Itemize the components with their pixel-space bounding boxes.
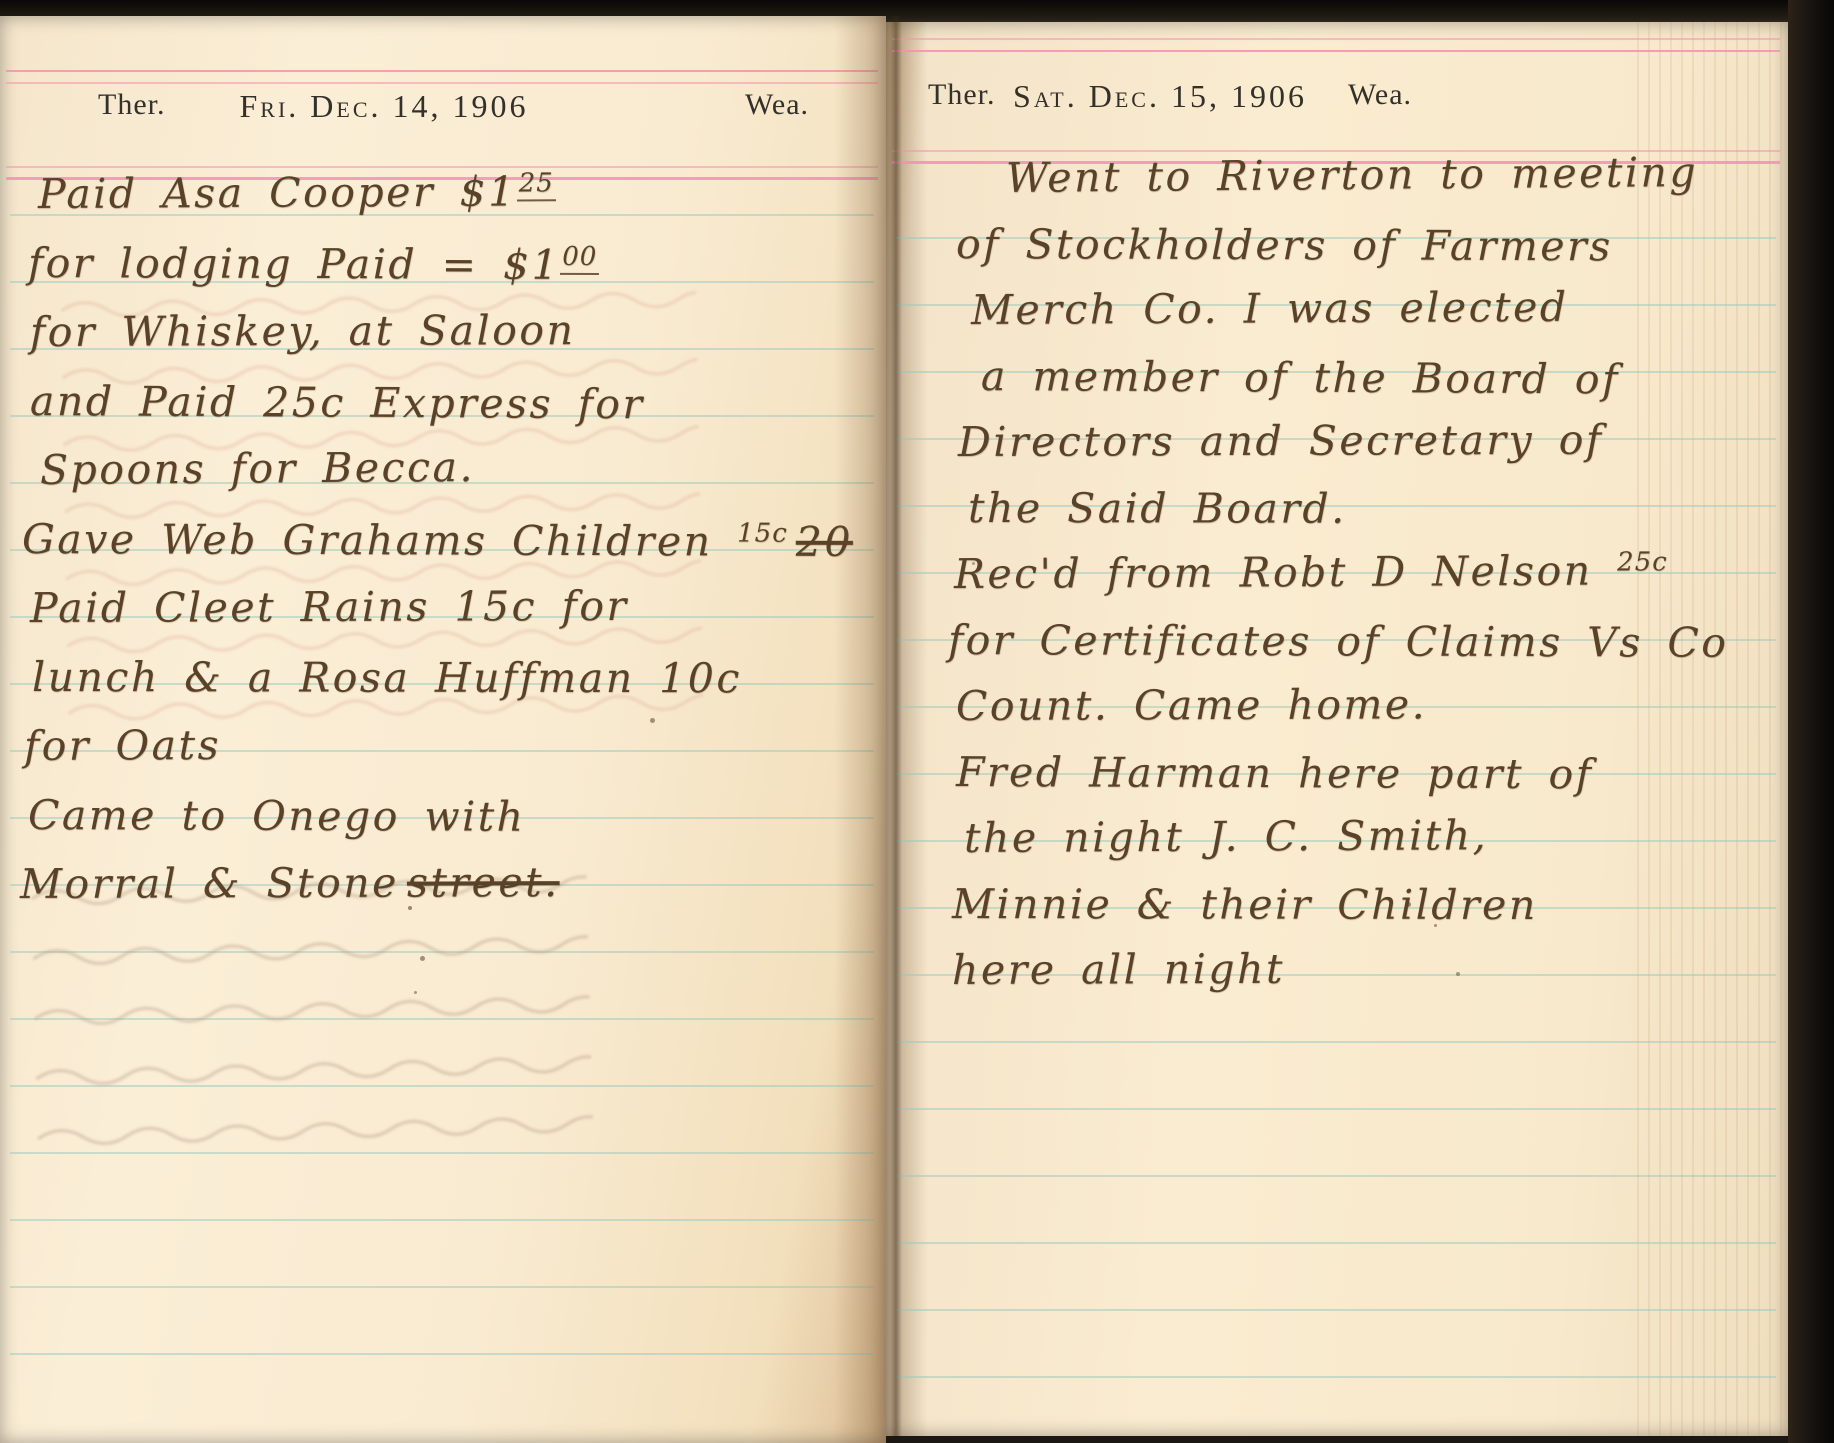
- pink-rule: [6, 70, 878, 72]
- handwriting-segment: Rec'd from Robt D Nelson: [954, 547, 1617, 598]
- wea-label: Wea.: [1348, 78, 1412, 112]
- handwriting-segment: Came to Onego with: [28, 791, 526, 841]
- handwritten-line: Minnie & their Children: [952, 880, 1538, 929]
- handwriting-segment: Paid Asa Cooper $1: [38, 167, 517, 218]
- handwritten-line: Merch Co. I was elected: [971, 283, 1569, 334]
- handwritten-line: of Stockholders of Farmers: [956, 220, 1613, 270]
- printed-page-header: Ther. Fri. Dec. 14, 1906 Wea.: [0, 88, 886, 130]
- ink-speck: [414, 991, 417, 994]
- handwriting-segment: and Paid 25c Express for: [30, 377, 645, 428]
- handwriting-segment: for Certificates of Claims Vs Co: [948, 616, 1729, 667]
- ink-speck: [1456, 972, 1460, 976]
- handwriting-segment: 20: [796, 518, 853, 566]
- handwriting-segment: Gave Web Grahams Children: [22, 515, 737, 565]
- diary-page-left: Ther. Fri. Dec. 14, 1906 Wea. Paid Asa C…: [0, 16, 886, 1443]
- ink-speck: [408, 906, 412, 910]
- book-binding-right-edge: [1788, 0, 1834, 1443]
- ink-speck: [1406, 902, 1411, 907]
- handwritten-line: for Whiskey, at Saloon: [30, 306, 576, 356]
- handwriting-segment: 15c: [737, 518, 788, 548]
- handwritten-line: Fred Harman here part of: [956, 748, 1594, 798]
- handwriting-segment: Minnie & their Children: [952, 880, 1538, 929]
- handwritten-line: the Said Board.: [968, 484, 1347, 533]
- handwritten-line: Rec'd from Robt D Nelson 25c: [954, 546, 1668, 598]
- handwriting-segment: Paid Cleet Rains 15c for: [30, 582, 629, 632]
- handwritten-line: Paid Cleet Rains 15c for: [30, 582, 629, 632]
- handwritten-line: for lodging Paid = $100: [28, 239, 599, 289]
- ink-speck: [1434, 924, 1437, 927]
- handwritten-line: for Oats: [24, 721, 221, 770]
- handwriting-segment: for Oats: [24, 721, 221, 770]
- diary-page-right: Ther. Sat. Dec. 15, 1906 Wea. Went to Ri…: [886, 22, 1788, 1436]
- handwriting-segment: 00: [560, 242, 599, 275]
- handwriting-segment: of Stockholders of Farmers: [956, 220, 1613, 270]
- gutter-crease: [890, 16, 902, 1436]
- handwriting-segment: a member of the Board of: [981, 352, 1620, 403]
- handwriting-segment: for lodging Paid = $1: [28, 239, 560, 289]
- page-date: Fri. Dec. 14, 1906: [239, 88, 528, 125]
- handwriting-segment: Fred Harman here part of: [956, 748, 1594, 798]
- handwriting-segment: Went to Riverton to meeting: [1006, 148, 1699, 202]
- handwritten-line: for Certificates of Claims Vs Co: [948, 616, 1729, 667]
- wea-label: Wea.: [745, 88, 809, 122]
- ink-speck: [650, 718, 655, 723]
- ink-speck: [420, 956, 425, 961]
- handwriting-segment: 25: [517, 168, 556, 201]
- handwriting-segment: the Said Board.: [968, 484, 1347, 533]
- handwriting-segment: for Whiskey, at Saloon: [30, 306, 576, 356]
- handwriting-segment: 25c: [1617, 547, 1668, 577]
- handwriting-segment: Merch Co. I was elected: [971, 283, 1569, 334]
- page-date: Sat. Dec. 15, 1906: [1013, 78, 1307, 115]
- pink-rule: [6, 82, 878, 84]
- handwritten-line: Came to Onego with: [28, 791, 526, 841]
- handwritten-line: Spoons for Becca.: [40, 443, 475, 494]
- pink-rule: [892, 50, 1780, 52]
- handwritten-line: the night J. C. Smith,: [964, 811, 1488, 862]
- ther-label: Ther.: [928, 78, 995, 112]
- pink-rule: [892, 38, 1780, 40]
- handwriting-segment: lunch & a Rosa Huffman 10c: [32, 653, 742, 702]
- handwritten-line: a member of the Board of: [981, 352, 1620, 403]
- handwritten-line: Gave Web Grahams Children 15c20: [22, 515, 853, 566]
- handwriting-segment: Count. Came home.: [956, 680, 1427, 730]
- handwriting-segment: street.: [407, 858, 560, 907]
- handwritten-line: lunch & a Rosa Huffman 10c: [32, 653, 742, 702]
- handwritten-line: here all night: [952, 945, 1285, 994]
- ink-speck: [972, 562, 975, 565]
- handwritten-line: Count. Came home.: [956, 680, 1427, 730]
- handwritten-line: Morral & Stonestreet.: [20, 858, 560, 908]
- handwriting-segment: the night J. C. Smith,: [964, 811, 1488, 862]
- handwriting-segment: Morral & Stone: [20, 859, 399, 908]
- handwritten-line: Went to Riverton to meeting: [1006, 148, 1699, 202]
- handwriting-segment: here all night: [952, 945, 1285, 994]
- handwritten-line: and Paid 25c Express for: [30, 377, 645, 428]
- handwritten-line: Directors and Secretary of: [958, 416, 1604, 466]
- printed-page-header: Ther. Sat. Dec. 15, 1906 Wea.: [886, 78, 1788, 120]
- handwriting-segment: Spoons for Becca.: [40, 443, 475, 494]
- handwriting-segment: Directors and Secretary of: [958, 416, 1604, 466]
- handwritten-line: Paid Asa Cooper $125: [38, 167, 556, 218]
- ther-label: Ther.: [98, 88, 165, 122]
